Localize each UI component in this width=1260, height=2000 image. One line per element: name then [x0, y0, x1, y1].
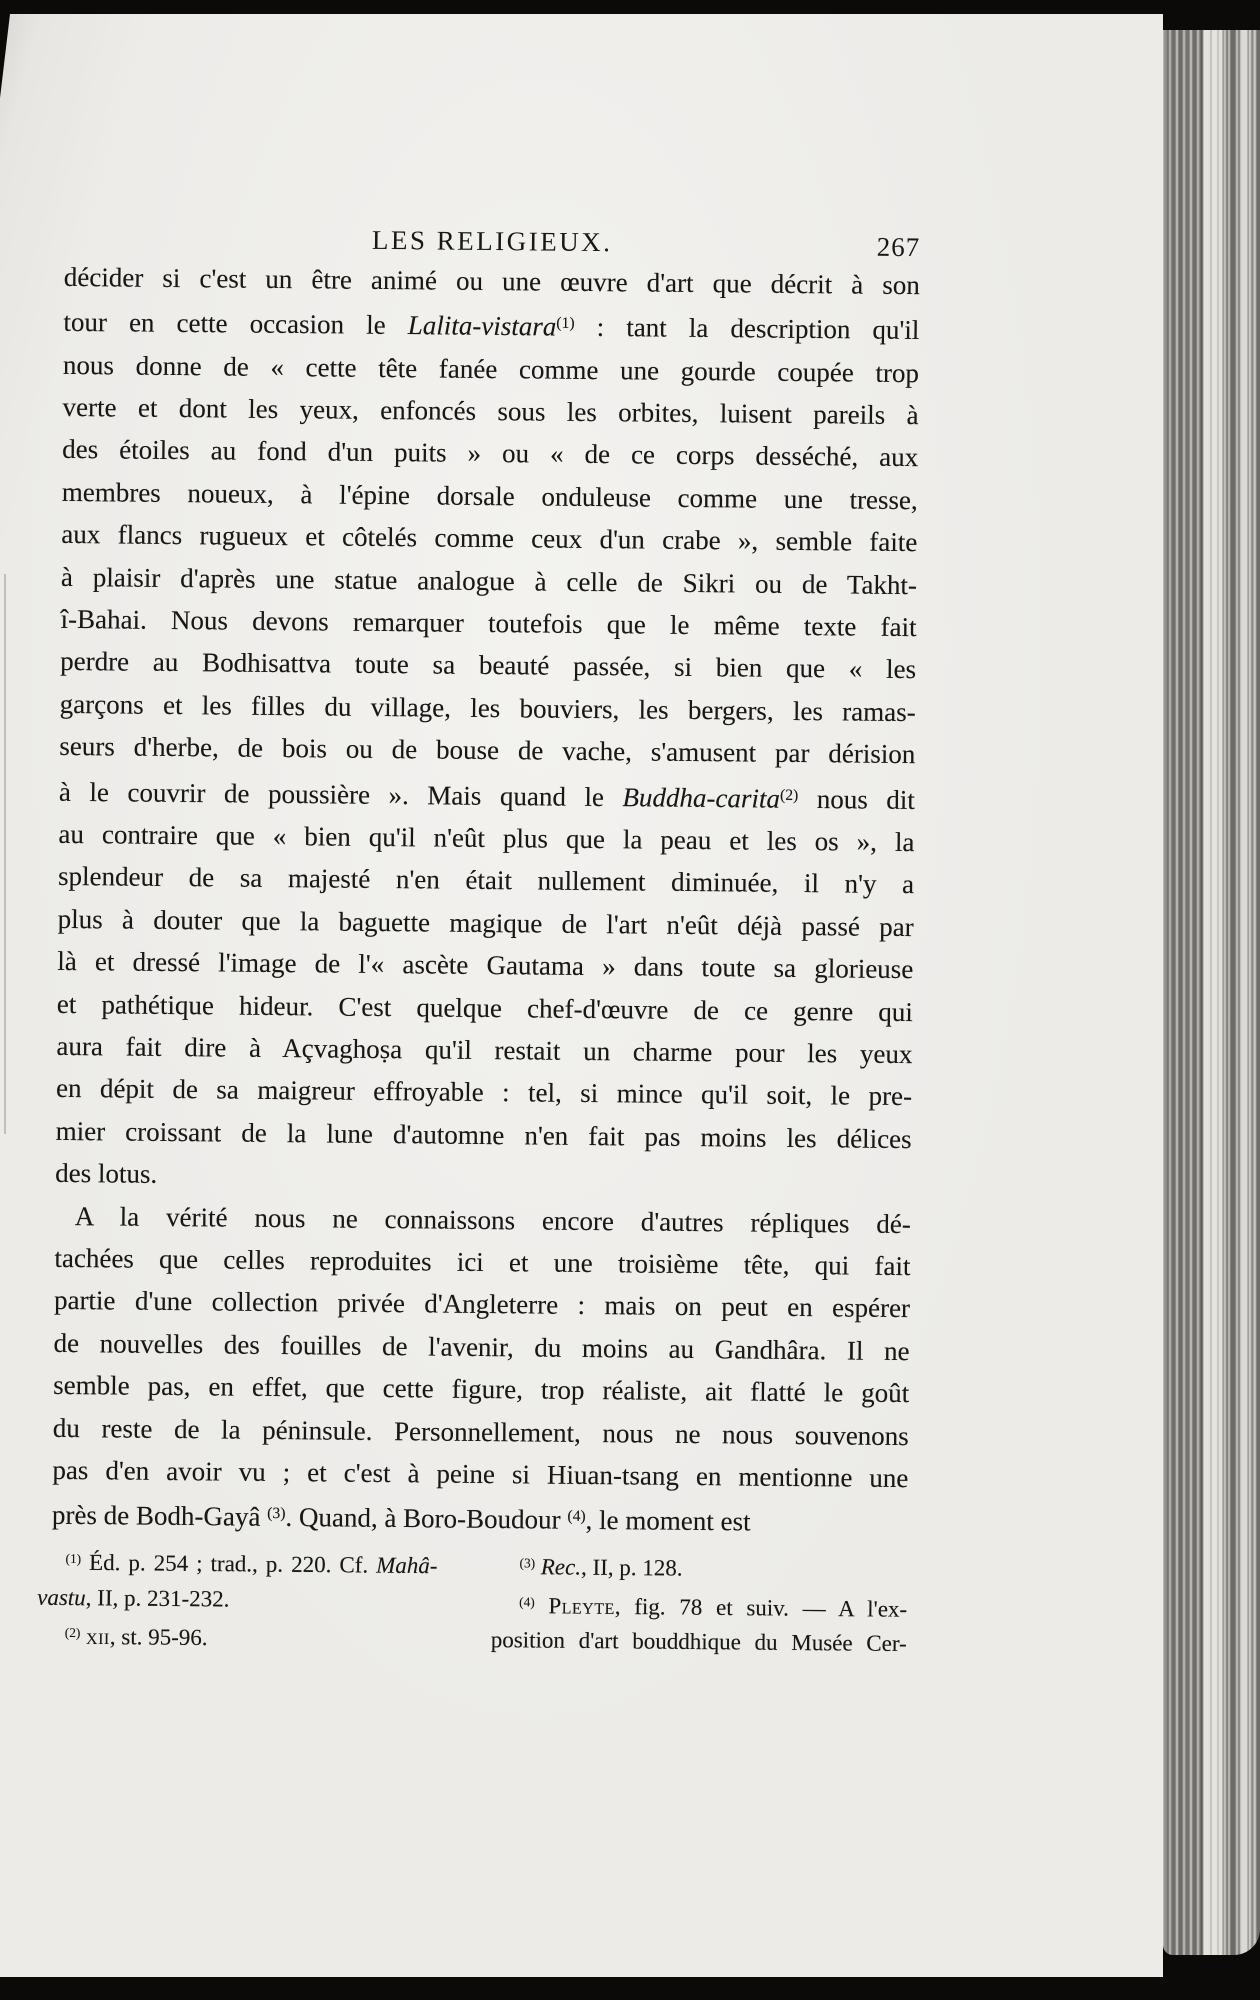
footnote-column-right: (3) Rec., II, p. 128.(4) Pleyte, fig. 78…	[491, 1545, 908, 1661]
page-number: 267	[877, 232, 921, 263]
text-line: à le couvrir de poussière ». Mais quand …	[59, 768, 915, 821]
text-line: (2) xii, st. 95-96.	[37, 1614, 437, 1656]
text-line: position d'art bouddhique du Musée Cer-	[491, 1622, 907, 1661]
text-line: mier croissant de la lune d'automne n'en…	[55, 1110, 911, 1161]
text-line: tour en cette occasion le Lalita-vistara…	[63, 298, 919, 351]
text-line: (1) Éd. p. 254 ; trad., p. 220. Cf. Mahâ…	[37, 1541, 437, 1583]
text-line: là et dressé l'image de l'« ascète Gauta…	[57, 940, 913, 991]
book-page: LES RELIGIEUX. 267 décider si c'est un ê…	[0, 14, 1163, 1977]
text-line: près de Bodh-Gayâ (3). Quand, à Boro-Bou…	[52, 1491, 908, 1544]
printed-content: LES RELIGIEUX. 267 décider si c'est un ê…	[0, 9, 1171, 1983]
page-edges	[1163, 30, 1260, 1955]
page-title: LES RELIGIEUX.	[64, 222, 920, 261]
text-line: (4) Pleyte, fig. 78 et suiv. — A l'ex-	[491, 1584, 907, 1627]
footnote-column-left: (1) Éd. p. 254 ; trad., p. 220. Cf. Mahâ…	[37, 1541, 438, 1657]
scan-background: { "colors": { "background": "#0b0a09", "…	[0, 0, 1260, 2000]
text-line: (3) Rec., II, p. 128.	[491, 1545, 907, 1588]
text-line: vastu, II, p. 231-232.	[37, 1579, 437, 1618]
body-text: décider si c'est un être animé ou une œu…	[52, 256, 920, 1545]
